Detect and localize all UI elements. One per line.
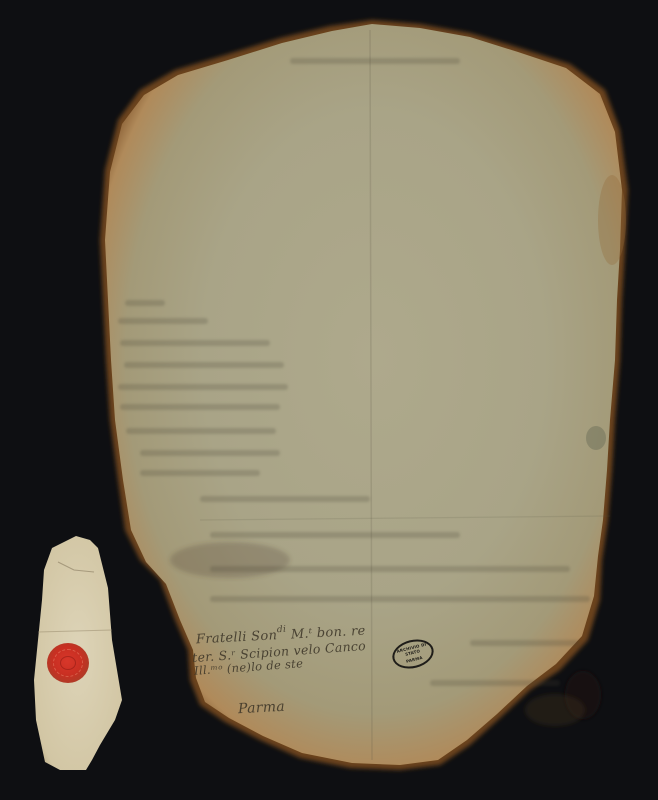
document-scan: Fratelli Sondi M.ᵗ bon. re ter. S.ʳ Scip… — [0, 0, 658, 800]
red-wax-seal — [47, 643, 89, 683]
address-line-4: Parma — [238, 699, 286, 717]
manuscript-leaf — [0, 0, 658, 800]
seal-texture-inner — [60, 656, 76, 670]
